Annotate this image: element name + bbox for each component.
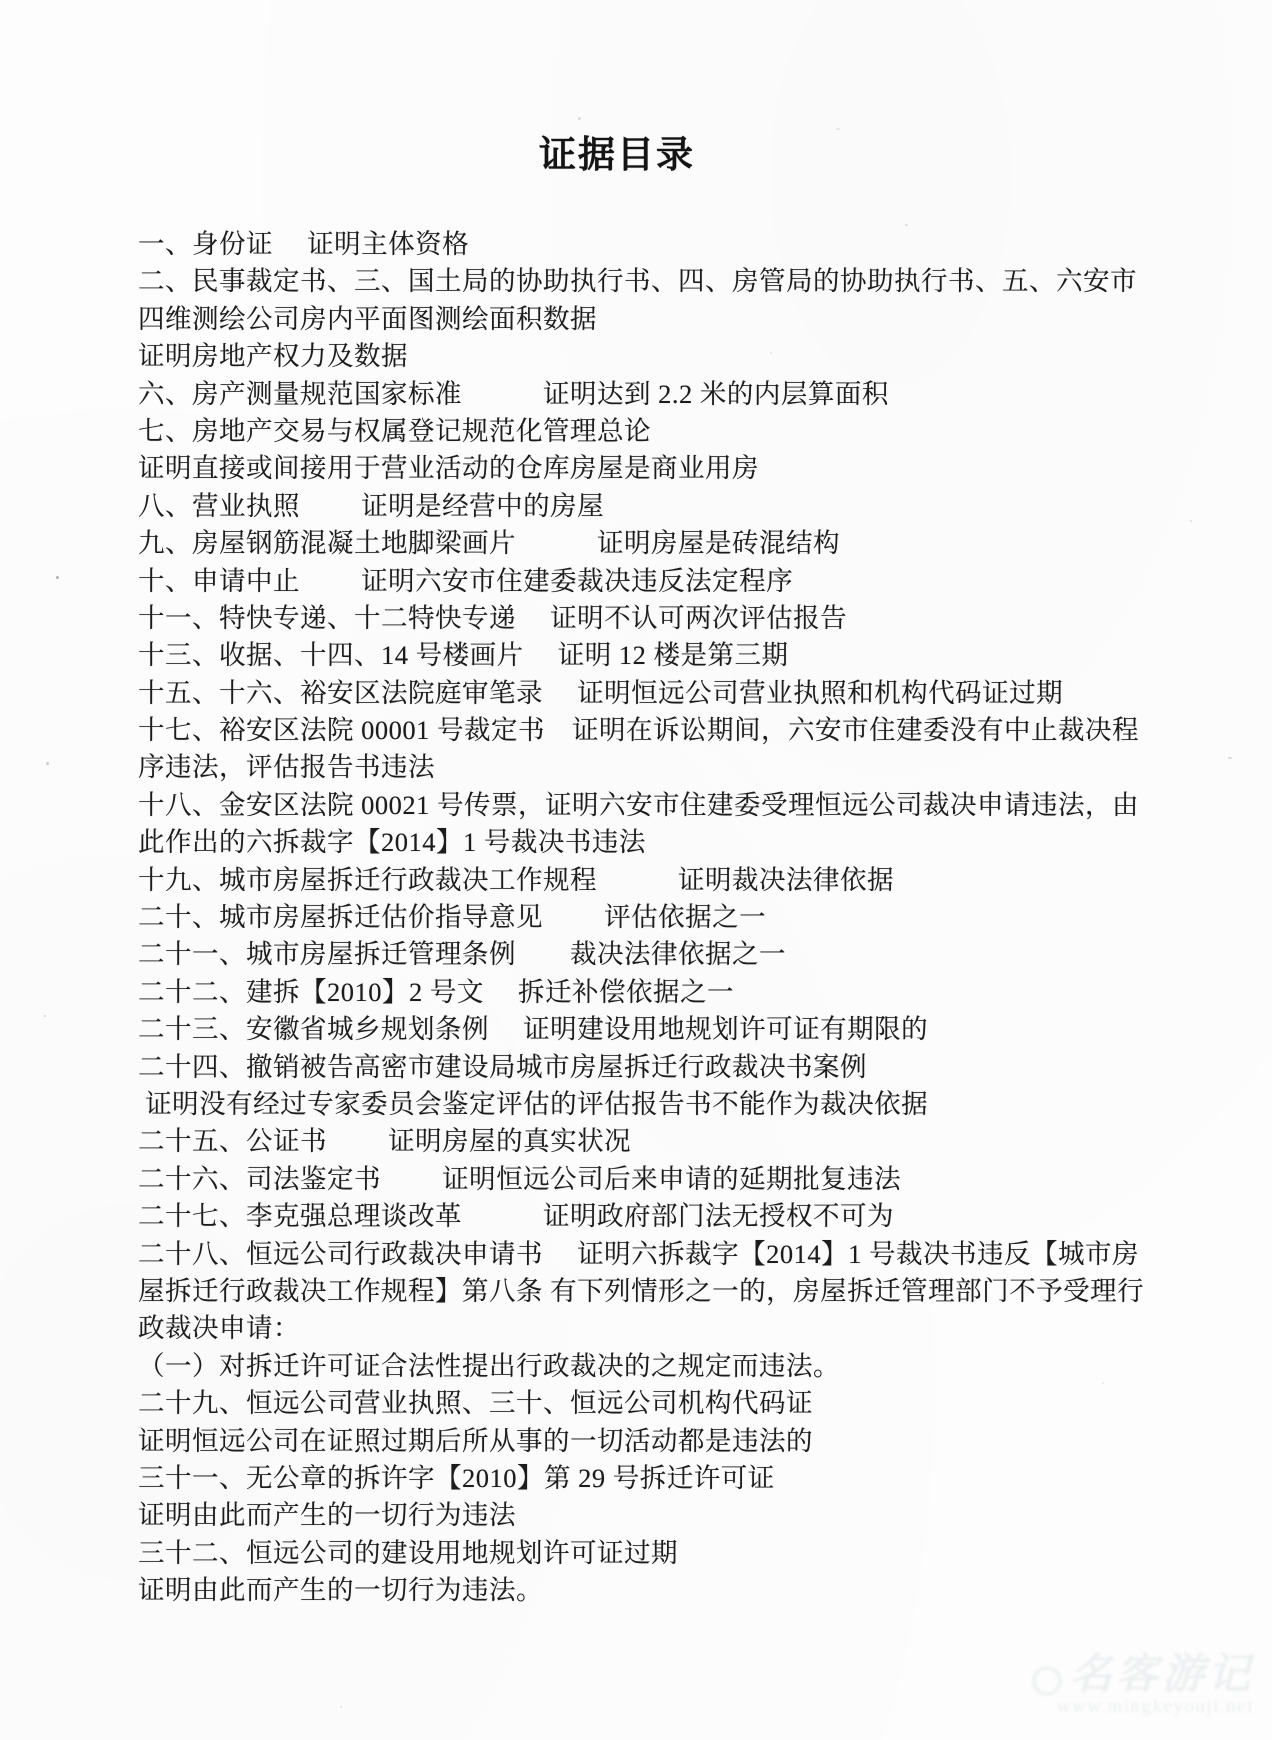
evidence-line: 十一、特快专递、十二特快专递 证明不认可两次评估报告 — [138, 600, 1162, 637]
scanned-document-page: 证据目录 一、身份证 证明主体资格 二、民事裁定书、三、国土局的协助执行书、四、… — [0, 0, 1272, 1740]
evidence-line: 七、房地产交易与权属登记规范化管理总论 — [138, 413, 1162, 450]
evidence-line: 二十二、建拆【2010】2 号文 拆迁补偿依据之一 — [138, 974, 1162, 1011]
evidence-line: 二十三、安徽省城乡规划条例 证明建设用地规划许可证有期限的 — [138, 1011, 1162, 1048]
evidence-line: 十七、裕安区法院 00001 号裁定书 证明在诉讼期间，六安市住建委没有中止裁决… — [138, 712, 1162, 749]
evidence-line: 证明没有经过专家委员会鉴定评估的评估报告书不能作为裁决依据 — [138, 1086, 1162, 1123]
evidence-line: 四维测绘公司房内平面图测绘面积数据 — [138, 301, 1162, 338]
evidence-line: 八、营业执照 证明是经营中的房屋 — [138, 488, 1162, 525]
evidence-line: 三十二、恒远公司的建设用地规划许可证过期 — [138, 1535, 1162, 1572]
evidence-line: 一、身份证 证明主体资格 — [138, 226, 1162, 263]
watermark: 名客游记 www.mingkeyouji.net — [954, 1654, 1254, 1718]
evidence-line: 二十七、李克强总理谈改革 证明政府部门法无授权不可为 — [138, 1198, 1162, 1235]
evidence-line: 十、申请中止 证明六安市住建委裁决违反法定程序 — [138, 563, 1162, 600]
evidence-line: 六、房产测量规范国家标准 证明达到 2.2 米的内层算面积 — [138, 376, 1162, 413]
scan-speck — [1228, 757, 1232, 759]
scan-speck — [1190, 520, 1192, 522]
evidence-line: 二十、城市房屋拆迁估价指导意见 评估依据之一 — [138, 899, 1162, 936]
evidence-line: 二十九、恒远公司营业执照、三十、恒远公司机构代码证 — [138, 1385, 1162, 1422]
evidence-line: 证明由此而产生的一切行为违法 — [138, 1497, 1162, 1534]
evidence-line: 证明由此而产生的一切行为违法。 — [138, 1572, 1162, 1609]
evidence-line: 十八、金安区法院 00021 号传票，证明六安市住建委受理恒远公司裁决申请违法，… — [138, 787, 1162, 824]
scan-speck — [340, 1706, 342, 1708]
evidence-line: 证明房地产权力及数据 — [138, 338, 1162, 375]
evidence-list: 一、身份证 证明主体资格 二、民事裁定书、三、国土局的协助执行书、四、房管局的协… — [138, 226, 1162, 1609]
watermark-logo-icon — [1032, 1666, 1062, 1696]
scan-speck — [56, 576, 59, 579]
evidence-line: 二十四、撤销被告高密市建设局城市房屋拆迁行政裁决书案例 — [138, 1049, 1162, 1086]
evidence-line: 十三、收据、十四、14 号楼画片 证明 12 楼是第三期 — [138, 637, 1162, 674]
evidence-line: 屋拆迁行政裁决工作规程】第八条 有下列情形之一的，房屋拆迁管理部门不予受理行 — [138, 1273, 1162, 1310]
evidence-line: 此作出的六拆裁字【2014】1 号裁决书违法 — [138, 824, 1162, 861]
evidence-line: 政裁决申请： — [138, 1310, 1162, 1347]
evidence-line: 证明恒远公司在证照过期后所从事的一切活动都是违法的 — [138, 1423, 1162, 1460]
evidence-line: 十九、城市房屋拆迁行政裁决工作规程 证明裁决法律依据 — [138, 862, 1162, 899]
evidence-line: 三十一、无公章的拆许字【2010】第 29 号拆迁许可证 — [138, 1460, 1162, 1497]
watermark-text: 名客游记 — [1070, 1654, 1254, 1696]
scan-speck — [578, 117, 581, 120]
evidence-line: （一）对拆迁许可证合法性提出行政裁决的之规定而违法。 — [138, 1348, 1162, 1385]
scan-speck — [44, 1015, 46, 1017]
evidence-line: 二十五、公证书 证明房屋的真实状况 — [138, 1123, 1162, 1160]
evidence-line: 二十六、司法鉴定书 证明恒远公司后来申请的延期批复违法 — [138, 1161, 1162, 1198]
scan-speck — [46, 762, 49, 765]
document-title: 证据目录 — [539, 124, 695, 178]
evidence-line: 证明直接或间接用于营业活动的仓库房屋是商业用房 — [138, 450, 1162, 487]
watermark-url: www.mingkeyouji.net — [954, 1696, 1254, 1718]
evidence-line: 二十一、城市房屋拆迁管理条例 裁决法律依据之一 — [138, 936, 1162, 973]
scan-speck — [836, 128, 840, 130]
evidence-line: 十五、十六、裕安区法院庭审笔录 证明恒远公司营业执照和机构代码证过期 — [138, 675, 1162, 712]
evidence-line: 二十八、恒远公司行政裁决申请书 证明六拆裁字【2014】1 号裁决书违反【城市房 — [138, 1236, 1162, 1273]
evidence-line: 序违法，评估报告书违法 — [138, 749, 1162, 786]
evidence-line: 二、民事裁定书、三、国土局的协助执行书、四、房管局的协助执行书、五、六安市 — [138, 263, 1162, 300]
evidence-line: 九、房屋钢筋混凝土地脚梁画片 证明房屋是砖混结构 — [138, 525, 1162, 562]
